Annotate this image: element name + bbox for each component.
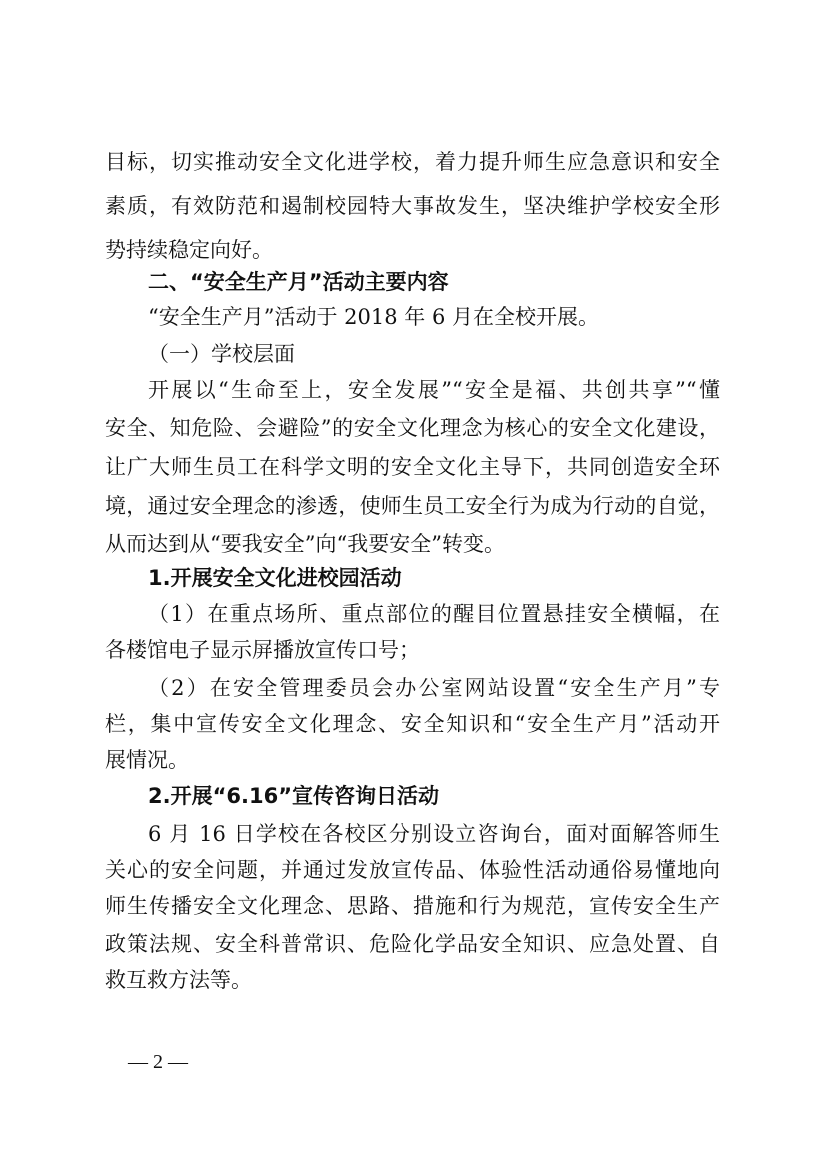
- body-text-line: 救互救方法等。: [105, 968, 720, 992]
- body-text-line: “安全生产月”活动于 2018 年 6 月在全校开展。: [148, 305, 720, 329]
- body-text-line: 展情况。: [105, 748, 720, 772]
- body-text-line: 安全、知危险、会避险”的安全文化理念为核心的安全文化建设，: [105, 416, 720, 440]
- body-text-line: 开展以“生命至上，安全发展”“安全是福、共创共享”“懂: [148, 378, 720, 402]
- document-page: 目标，切实推动安全文化进学校，着力提升师生应急意识和安全 素质，有效防范和遏制校…: [0, 0, 827, 1170]
- body-text-line: （1）在重点场所、重点部位的醒目位置悬挂安全横幅，在: [148, 602, 720, 626]
- section-heading: 二、“安全生产月”活动主要内容: [148, 270, 720, 294]
- page-number: — 2 —: [128, 1050, 188, 1074]
- body-text-line: （2）在安全管理委员会办公室网站设置“安全生产月”专: [148, 676, 720, 700]
- body-text-line: 各楼馆电子显示屏播放宣传口号；: [105, 638, 720, 662]
- body-text-line: 师生传播安全文化理念、思路、措施和行为规范，宣传安全生产: [105, 894, 720, 918]
- body-text-line: 从而达到从“要我安全”向“我要安全”转变。: [105, 532, 720, 556]
- body-text-line: 素质，有效防范和遏制校园特大事故发生，坚决维护学校安全形: [105, 194, 720, 218]
- body-text-line: 目标，切实推动安全文化进学校，着力提升师生应急意识和安全: [105, 150, 720, 174]
- item-heading: 2.开展“6.16”宣传咨询日活动: [148, 784, 720, 808]
- subsection-heading: （一）学校层面: [148, 342, 720, 366]
- body-text-line: 让广大师生员工在科学文明的安全文化主导下，共同创造安全环: [105, 455, 720, 479]
- body-text-line: 关心的安全问题，并通过发放宣传品、体验性活动通俗易懂地向: [105, 858, 720, 882]
- item-heading: 1.开展安全文化进校园活动: [148, 566, 720, 590]
- body-text-line: 境，通过安全理念的渗透，使师生员工安全行为成为行动的自觉，: [105, 494, 720, 518]
- body-text-line: 6 月 16 日学校在各校区分别设立咨询台，面对面解答师生: [148, 822, 720, 846]
- body-text-line: 政策法规、安全科普常识、危险化学品安全知识、应急处置、自: [105, 932, 720, 956]
- body-text-line: 栏，集中宣传安全文化理念、安全知识和“安全生产月”活动开: [105, 712, 720, 736]
- body-text-line: 势持续稳定向好。: [105, 238, 720, 262]
